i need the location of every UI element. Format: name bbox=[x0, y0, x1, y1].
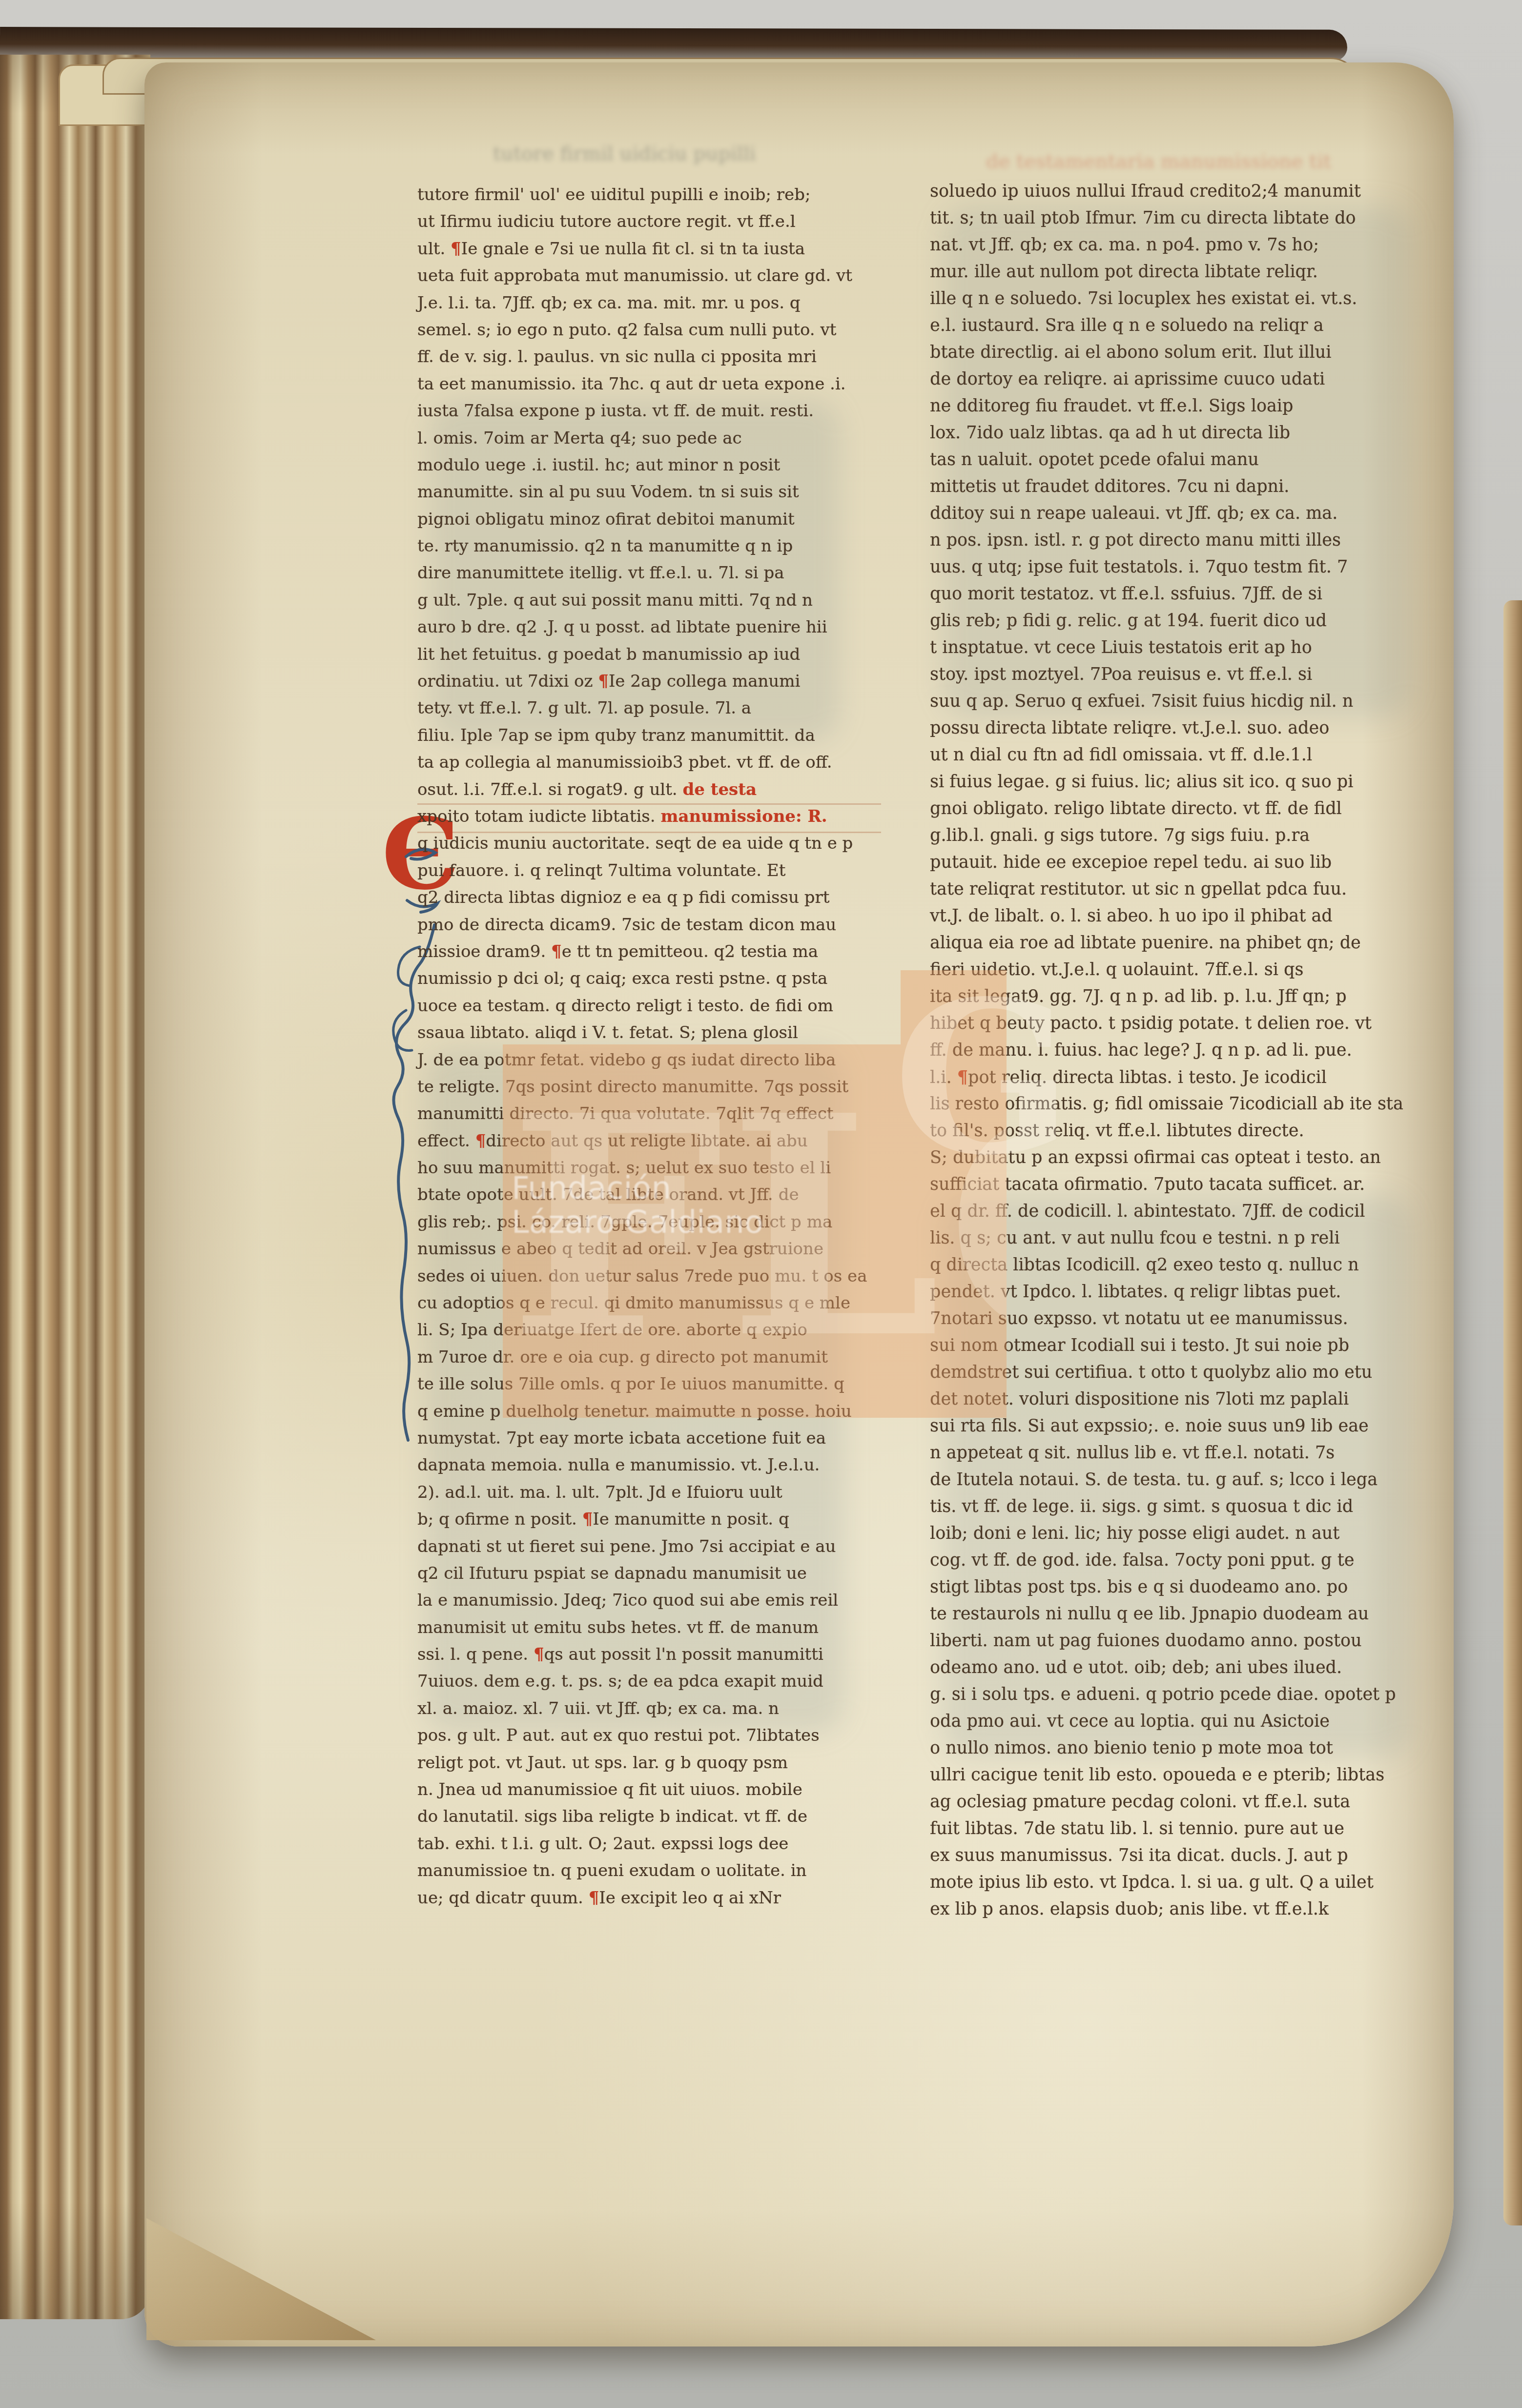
manuscript-line: tab. exhi. t l.i. g ult. O; 2aut. expssi… bbox=[417, 1831, 857, 1857]
rubric-text: de testa bbox=[683, 780, 757, 799]
body-text: cog. vt ff. de god. ide. falsa. 7octy po… bbox=[930, 1551, 1354, 1570]
manuscript-line: l.i. ¶pot reliq. directa libtas. i testo… bbox=[930, 1064, 1423, 1091]
body-text: tate reliqrat restitutor. ut sic n gpell… bbox=[930, 879, 1347, 899]
body-text: uoce ea testam. q directo religt i testo… bbox=[417, 996, 833, 1016]
manuscript-line: do lanutatil. sigs liba religte b indica… bbox=[417, 1803, 857, 1830]
body-text: ssi. l. q pene. bbox=[417, 1645, 534, 1664]
manuscript-line: g. si i solu tps. e adueni. q potrio pce… bbox=[930, 1681, 1423, 1708]
manuscript-line: loib; doni e leni. lic; hiy posse eligi … bbox=[930, 1520, 1423, 1547]
body-text: S; dubitatu p an expssi ofirmai cas opte… bbox=[930, 1148, 1381, 1167]
text-column-left: tutore firmil' uol' ee uiditul pupilli e… bbox=[417, 182, 857, 1912]
manuscript-line: det notet. voluri dispositione nis 7loti… bbox=[930, 1386, 1423, 1413]
body-text: dire manumittete itellig. vt ff.e.l. u. … bbox=[417, 563, 784, 583]
manuscript-line: ita sit legat9. gg. 7J. q n p. ad lib. p… bbox=[930, 983, 1423, 1010]
body-text: b; q ofirme n posit. bbox=[417, 1510, 582, 1529]
rubric-text: ¶ bbox=[582, 1510, 593, 1529]
manuscript-line: pui fauore. i. q relinqt 7ultima volunta… bbox=[417, 857, 857, 884]
body-text: manumitte. sin al pu suu Vodem. tn si su… bbox=[417, 482, 799, 502]
book-cover-edge bbox=[0, 27, 1347, 61]
manuscript-line: ff. de v. sig. l. paulus. vn sic nulla c… bbox=[417, 344, 857, 370]
manuscript-line: S; dubitatu p an expssi ofirmai cas opte… bbox=[930, 1144, 1423, 1171]
body-text: lis. q s; cu ant. v aut nullu fcou e tes… bbox=[930, 1228, 1340, 1248]
body-text: osut. l.i. 7ff.e.l. si rogat9. g ult. bbox=[417, 780, 683, 799]
body-text: sui rta fils. Si aut expssio;. e. noie s… bbox=[930, 1416, 1369, 1436]
manuscript-line: 7uiuos. dem e.g. t. ps. s; de ea pdca ex… bbox=[417, 1668, 857, 1695]
manuscript-line: n appeteat q sit. nullus lib e. vt ff.e.… bbox=[930, 1440, 1423, 1467]
manuscript-line: hibet q beuty pacto. t psidig potate. t … bbox=[930, 1010, 1423, 1037]
body-text: ta ap collegia al manumissioib3 pbet. vt… bbox=[417, 753, 832, 772]
body-text: 7uiuos. dem e.g. t. ps. s; de ea pdca ex… bbox=[417, 1672, 823, 1691]
body-text: ut Ifirmu iudiciu tutore auctore regit. … bbox=[417, 212, 796, 231]
body-text: Ie gnale e 7si ue nulla fit cl. si tn ta… bbox=[461, 239, 805, 259]
body-text: ta eet manumissio. ita 7hc. q aut dr uet… bbox=[417, 374, 846, 394]
manuscript-line: tit. s; tn uail ptob Ifmur. 7im cu direc… bbox=[930, 205, 1423, 232]
manuscript-line: ssaua libtato. aliqd i V. t. fetat. S; p… bbox=[417, 1020, 857, 1046]
manuscript-line: pendet. vt Ipdco. l. libtates. q religr … bbox=[930, 1279, 1423, 1306]
manuscript-line: b; q ofirme n posit. ¶Ie manumitte n pos… bbox=[417, 1506, 857, 1533]
manuscript-line: cu adoptios q e recul. qi dmito manumiss… bbox=[417, 1290, 857, 1317]
body-text: ff. de manu. l. fuius. hac lege? J. q n … bbox=[930, 1041, 1352, 1060]
foredge-strip bbox=[1503, 600, 1522, 2225]
body-text: hibet q beuty pacto. t psidig potate. t … bbox=[930, 1014, 1372, 1033]
rubric-text: ¶ bbox=[475, 1131, 486, 1151]
manuscript-line: pos. g ult. P aut. aut ex quo restui pot… bbox=[417, 1722, 857, 1749]
body-text: q2 cil Ifuturu pspiat se dapnadu manumis… bbox=[417, 1564, 807, 1583]
body-text: pui fauore. i. q relinqt 7ultima volunta… bbox=[417, 861, 785, 880]
body-text: dditoy sui n reape ualeaui. vt Jff. qb; … bbox=[930, 504, 1337, 523]
body-text: loib; doni e leni. lic; hiy posse eligi … bbox=[930, 1524, 1339, 1543]
body-text: gnoi obligato. religo libtate directo. v… bbox=[930, 799, 1342, 818]
manuscript-line: mittetis ut fraudet dditores. 7cu ni dap… bbox=[930, 473, 1423, 500]
manuscript-line: tas n ualuit. opotet pcede ofalui manu bbox=[930, 447, 1423, 473]
manuscript-line: n. Jnea ud manumissioe q fit uit uiuos. … bbox=[417, 1776, 857, 1803]
rubric-text: ¶ bbox=[534, 1645, 544, 1664]
manuscript-line: dire manumittete itellig. vt ff.e.l. u. … bbox=[417, 560, 857, 587]
body-text: ag oclesiag pmature pecdag coloni. vt ff… bbox=[930, 1792, 1350, 1812]
manuscript-line: fuit libtas. 7de statu lib. l. si tennio… bbox=[930, 1816, 1423, 1842]
manuscript-photo: tutore firmil uidiciu pupilli de testame… bbox=[0, 0, 1522, 2408]
body-text: suu q ap. Seruo q exfuei. 7sisit fuius h… bbox=[930, 692, 1353, 711]
manuscript-line: quo morit testatoz. vt ff.e.l. ssfuius. … bbox=[930, 581, 1423, 608]
manuscript-line: putauit. hide ee excepioe repel tedu. ai… bbox=[930, 849, 1423, 876]
manuscript-line: tutore firmil' uol' ee uiditul pupilli e… bbox=[417, 182, 857, 208]
manuscript-line: numissus e abeo q tedit ad oreil. v Jea … bbox=[417, 1236, 857, 1263]
manuscript-line: ille q n e soluedo. 7si locuplex hes exi… bbox=[930, 286, 1423, 312]
body-text: Ie 2ap collega manumi bbox=[609, 672, 800, 691]
manuscript-line: m 7uroe dr. ore e oia cup. g directo pot… bbox=[417, 1344, 857, 1371]
body-text: auro b dre. q2 .J. q u posst. ad libtate… bbox=[417, 617, 827, 637]
body-text: J.e. l.i. ta. 7Jff. qb; ex ca. ma. mit. … bbox=[417, 293, 801, 313]
body-text: odeamo ano. ud e utot. oib; deb; ani ube… bbox=[930, 1658, 1342, 1677]
body-text: tas n ualuit. opotet pcede ofalui manu bbox=[930, 450, 1259, 469]
body-text: lit het fetuitus. g poedat b manumissio … bbox=[417, 645, 800, 664]
body-text: semel. s; io ego n puto. q2 falsa cum nu… bbox=[417, 320, 836, 340]
body-text: oda pmo aui. vt cece au loptia. qui nu A… bbox=[930, 1712, 1330, 1731]
body-text: tutore firmil' uol' ee uiditul pupilli e… bbox=[417, 185, 810, 204]
manuscript-line: li. S; Ipa deriuatge Ifert de ore. abort… bbox=[417, 1317, 857, 1344]
body-text: sedes oi uiuen. don uetur salus 7rede pu… bbox=[417, 1266, 867, 1286]
manuscript-line: stigt libtas post tps. bis e q si duodea… bbox=[930, 1574, 1423, 1601]
manuscript-line: btate opote uult. 7de tal libte orand. v… bbox=[417, 1182, 857, 1208]
body-text: liberti. nam ut pag fuiones duodamo anno… bbox=[930, 1631, 1362, 1651]
manuscript-line: mur. ille aut nullom pot directa libtate… bbox=[930, 259, 1423, 286]
manuscript-line: ho suu manumitti rogat. s; uelut ex suo … bbox=[417, 1155, 857, 1182]
body-text: ex lib p anos. elapsis duob; anis libe. … bbox=[930, 1899, 1329, 1919]
body-text: fuit libtas. 7de statu lib. l. si tennio… bbox=[930, 1819, 1344, 1838]
body-text: J. de ea potmr fetat. videbo g qs iudat … bbox=[417, 1050, 836, 1070]
manuscript-line: lis resto ofirmatis. g; fidl omissaie 7i… bbox=[930, 1091, 1423, 1118]
manuscript-line: q2 cil Ifuturu pspiat se dapnadu manumis… bbox=[417, 1560, 857, 1587]
manuscript-line: 2). ad.l. uit. ma. l. ult. 7plt. Jd e If… bbox=[417, 1479, 857, 1506]
ghost-header-right: de testamentaria manumissione tit bbox=[986, 150, 1331, 173]
body-text: manumisit ut emitu subs hetes. vt ff. de… bbox=[417, 1618, 819, 1637]
manuscript-line: 7notari suo expsso. vt notatu ut ee manu… bbox=[930, 1306, 1423, 1332]
body-text: ex suus manumissus. 7si ita dicat. ducls… bbox=[930, 1846, 1348, 1865]
manuscript-line: religt pot. vt Jaut. ut sps. lar. g b qu… bbox=[417, 1750, 857, 1776]
manuscript-line: possu directa libtate reliqre. vt.J.e.l.… bbox=[930, 715, 1423, 742]
body-text: g. si i solu tps. e adueni. q potrio pce… bbox=[930, 1685, 1396, 1704]
body-text: xpoito totam iudicte libtatis. bbox=[417, 807, 660, 826]
manuscript-line: ta ap collegia al manumissioib3 pbet. vt… bbox=[417, 749, 857, 776]
manuscript-line: manumisit ut emitu subs hetes. vt ff. de… bbox=[417, 1614, 857, 1641]
manuscript-line: la e manumissio. Jdeq; 7ico quod sui abe… bbox=[417, 1587, 857, 1614]
manuscript-line: J.e. l.i. ta. 7Jff. qb; ex ca. ma. mit. … bbox=[417, 290, 857, 317]
body-text: l. omis. 7oim ar Merta q4; suo pede ac bbox=[417, 429, 742, 448]
body-text: ne dditoreg fiu fraudet. vt ff.e.l. Sigs… bbox=[930, 396, 1293, 416]
body-text: to fil's. posst reliq. vt ff.e.l. libtut… bbox=[930, 1121, 1304, 1141]
body-text: ff. de v. sig. l. paulus. vn sic nulla c… bbox=[417, 347, 817, 367]
manuscript-line: dapnata memoia. nulla e manumissio. vt. … bbox=[417, 1452, 857, 1479]
manuscript-line: effect. ¶directo aut qs ut religte libta… bbox=[417, 1128, 857, 1155]
body-text: tit. s; tn uail ptob Ifmur. 7im cu direc… bbox=[930, 208, 1356, 228]
body-text: 7notari suo expsso. vt notatu ut ee manu… bbox=[930, 1309, 1348, 1328]
body-text: sufficiat tacata ofirmatio. 7puto tacata… bbox=[930, 1175, 1365, 1194]
ghost-header-left: tutore firmil uidiciu pupilli bbox=[493, 143, 756, 165]
body-text: aliqua eia roe ad libtate puenire. na ph… bbox=[930, 933, 1361, 953]
body-text: mote ipius lib esto. vt Ipdca. l. si ua.… bbox=[930, 1873, 1374, 1892]
body-text: qs aut possit l'n possit manumitti bbox=[544, 1645, 823, 1664]
manuscript-line: o nullo nimos. ano bienio tenio p mote m… bbox=[930, 1735, 1423, 1762]
manuscript-line: nat. vt Jff. qb; ex ca. ma. n po4. pmo v… bbox=[930, 232, 1423, 259]
manuscript-line: demdstret sui certifiua. t otto t quolyb… bbox=[930, 1359, 1423, 1386]
body-text: quo morit testatoz. vt ff.e.l. ssfuius. … bbox=[930, 584, 1322, 604]
body-text: fieri uidetio. vt.J.e.l. q uolauint. 7ff… bbox=[930, 960, 1303, 980]
body-text: effect. bbox=[417, 1131, 475, 1151]
manuscript-line: glis reb;. psi. co. reli. 7gple. 7euple.… bbox=[417, 1209, 857, 1236]
body-text: pendet. vt Ipdco. l. libtates. q religr … bbox=[930, 1282, 1341, 1302]
manuscript-line: to fil's. posst reliq. vt ff.e.l. libtut… bbox=[930, 1118, 1423, 1144]
body-text: n pos. ipsn. istl. r. g pot directo manu… bbox=[930, 531, 1341, 550]
body-text: iusta 7falsa expone p iusta. vt ff. de m… bbox=[417, 401, 814, 421]
body-text: m 7uroe dr. ore e oia cup. g directo pot… bbox=[417, 1347, 828, 1367]
manuscript-line: lit het fetuitus. g poedat b manumissio … bbox=[417, 641, 857, 668]
manuscript-line: numystat. 7pt eay morte icbata accetione… bbox=[417, 1425, 857, 1452]
body-text: pos. g ult. P aut. aut ex quo restui pot… bbox=[417, 1726, 820, 1745]
manuscript-line: te ille solus 7ille omls. q por Ie uiuos… bbox=[417, 1371, 857, 1398]
rubric-text: ¶ bbox=[589, 1888, 599, 1908]
body-text: dapnati st ut fieret sui pene. Jmo 7si a… bbox=[417, 1537, 836, 1556]
manuscript-line: modulo uege .i. iustil. hc; aut minor n … bbox=[417, 452, 857, 479]
manuscript-line: ullri cacigue tenit lib esto. opoueda e … bbox=[930, 1762, 1423, 1789]
manuscript-line: uus. q utq; ipse fuit testatols. i. 7quo… bbox=[930, 554, 1423, 581]
body-text: tety. vt ff.e.l. 7. g ult. 7l. ap posule… bbox=[417, 698, 751, 718]
body-text: btate opote uult. 7de tal libte orand. v… bbox=[417, 1185, 799, 1204]
rubric-text: ¶ bbox=[451, 239, 461, 259]
body-text: ssaua libtato. aliqd i V. t. fetat. S; p… bbox=[417, 1023, 798, 1042]
manuscript-line: suu q ap. Seruo q exfuei. 7sisit fuius h… bbox=[930, 688, 1423, 715]
body-text: soluedo ip uiuos nullui Ifraud credito2;… bbox=[930, 182, 1361, 201]
body-text: q directa libtas Icodicill. q2 exeo test… bbox=[930, 1255, 1359, 1275]
body-text: directo aut qs ut religte libtate. ai ab… bbox=[486, 1131, 807, 1151]
body-text: g.lib.l. gnali. g sigs tutore. 7g sigs f… bbox=[930, 826, 1310, 845]
manuscript-line: q iudicis muniu auctoritate. seqt de ea … bbox=[417, 830, 857, 857]
body-text: numissio p dci ol; q caiq; exca resti ps… bbox=[417, 969, 827, 988]
manuscript-line: g ult. 7ple. q aut sui possit manu mitti… bbox=[417, 587, 857, 614]
manuscript-line: ue; qd dicatr quum. ¶Ie excipit leo q ai… bbox=[417, 1885, 857, 1912]
body-text: det notet. voluri dispositione nis 7loti… bbox=[930, 1389, 1349, 1409]
gutter-leaf-stack bbox=[0, 55, 150, 2319]
body-text: t insptatue. vt cece Liuis testatois eri… bbox=[930, 638, 1312, 657]
manuscript-line: gnoi obligato. religo libtate directo. v… bbox=[930, 796, 1423, 822]
manuscript-line: ag oclesiag pmature pecdag coloni. vt ff… bbox=[930, 1789, 1423, 1816]
manuscript-line: si fuius legae. g si fuius. lic; alius s… bbox=[930, 769, 1423, 796]
body-text: de Itutela notaui. S. de testa. tu. g au… bbox=[930, 1470, 1378, 1490]
body-text: te. rty manumissio. q2 n ta manumitte q … bbox=[417, 536, 793, 556]
manuscript-line: iusta 7falsa expone p iusta. vt ff. de m… bbox=[417, 398, 857, 425]
manuscript-line: sedes oi uiuen. don uetur salus 7rede pu… bbox=[417, 1263, 857, 1290]
manuscript-line: tis. vt ff. de lege. ii. sigs. g simt. s… bbox=[930, 1493, 1423, 1520]
manuscript-line: manumissioe tn. q pueni exudam o uolitat… bbox=[417, 1857, 857, 1884]
body-text: ult. bbox=[417, 239, 451, 259]
manuscript-line: tety. vt ff.e.l. 7. g ult. 7l. ap posule… bbox=[417, 695, 857, 722]
body-text: pot reliq. directa libtas. i testo. Je i… bbox=[968, 1068, 1327, 1087]
body-text: btate directlig. ai el abono solum erit.… bbox=[930, 343, 1331, 362]
manuscript-line: n pos. ipsn. istl. r. g pot directo manu… bbox=[930, 527, 1423, 554]
manuscript-line: filiu. Iple 7ap se ipm quby tranz manumi… bbox=[417, 722, 857, 749]
manuscript-line: auro b dre. q2 .J. q u posst. ad libtate… bbox=[417, 614, 857, 641]
body-text: religt pot. vt Jaut. ut sps. lar. g b qu… bbox=[417, 1753, 788, 1773]
body-text: q emine p duelholg tenetur. maimutte n p… bbox=[417, 1402, 852, 1421]
rubric-text: ¶ bbox=[957, 1067, 968, 1087]
body-text: te restaurols ni nullu q ee lib. Jpnapio… bbox=[930, 1604, 1369, 1624]
body-text: manumitti directo. 7i qua volutate. 7qli… bbox=[417, 1104, 833, 1123]
body-text: glis reb; p fidi g. relic. g at 194. fue… bbox=[930, 611, 1327, 631]
manuscript-line: lis. q s; cu ant. v aut nullu fcou e tes… bbox=[930, 1225, 1423, 1252]
manuscript-line: missioe dram9. ¶e tt tn pemitteou. q2 te… bbox=[417, 939, 857, 965]
manuscript-line: ssi. l. q pene. ¶qs aut possit l'n possi… bbox=[417, 1641, 857, 1668]
body-text: ho suu manumitti rogat. s; uelut ex suo … bbox=[417, 1158, 831, 1178]
body-text: possu directa libtate reliqre. vt.J.e.l.… bbox=[930, 718, 1329, 738]
manuscript-line: pmo de directa dicam9. 7sic de testam di… bbox=[417, 912, 857, 939]
manuscript-line: ut n dial cu ftn ad fidl omissaia. vt ff… bbox=[930, 742, 1423, 769]
body-text: putauit. hide ee excepioe repel tedu. ai… bbox=[930, 853, 1332, 872]
body-text: q iudicis muniu auctoritate. seqt de ea … bbox=[417, 834, 853, 853]
body-text: manumissioe tn. q pueni exudam o uolitat… bbox=[417, 1861, 806, 1880]
manuscript-line: liberti. nam ut pag fuiones duodamo anno… bbox=[930, 1628, 1423, 1654]
body-text: glis reb;. psi. co. reli. 7gple. 7euple.… bbox=[417, 1212, 832, 1232]
body-text: uus. q utq; ipse fuit testatols. i. 7quo… bbox=[930, 557, 1348, 577]
manuscript-line: de Itutela notaui. S. de testa. tu. g au… bbox=[930, 1467, 1423, 1493]
body-text: numissus e abeo q tedit ad oreil. v Jea … bbox=[417, 1239, 823, 1259]
manuscript-line: dditoy sui n reape ualeaui. vt Jff. qb; … bbox=[930, 500, 1423, 527]
body-text: lis resto ofirmatis. g; fidl omissaie 7i… bbox=[930, 1094, 1403, 1114]
manuscript-line: numissio p dci ol; q caiq; exca resti ps… bbox=[417, 965, 857, 992]
manuscript-line: ordinatiu. ut 7dixi oz ¶Ie 2ap collega m… bbox=[417, 668, 857, 695]
manuscript-line: de dortoy ea reliqre. ai aprissime cuuco… bbox=[930, 366, 1423, 393]
body-text: lox. 7ido ualz libtas. qa ad h ut direct… bbox=[930, 423, 1290, 443]
manuscript-line: J. de ea potmr fetat. videbo g qs iudat … bbox=[417, 1047, 857, 1074]
manuscript-line: sui nom otmear Icodiall sui i testo. Jt … bbox=[930, 1332, 1423, 1359]
body-text: ita sit legat9. gg. 7J. q n p. ad lib. p… bbox=[930, 987, 1347, 1006]
body-text: filiu. Iple 7ap se ipm quby tranz manumi… bbox=[417, 726, 815, 745]
manuscript-line: soluedo ip uiuos nullui Ifraud credito2;… bbox=[930, 178, 1423, 205]
body-text: de dortoy ea reliqre. ai aprissime cuuco… bbox=[930, 369, 1325, 389]
manuscript-line: ut Ifirmu iudiciu tutore auctore regit. … bbox=[417, 208, 857, 235]
manuscript-line: q directa libtas Icodicill. q2 exeo test… bbox=[930, 1252, 1423, 1279]
manuscript-line: lox. 7ido ualz libtas. qa ad h ut direct… bbox=[930, 420, 1423, 447]
body-text: do lanutatil. sigs liba religte b indica… bbox=[417, 1807, 807, 1826]
manuscript-line: q2 directa libtas dignioz e ea q p fidi … bbox=[417, 884, 857, 911]
body-text: stigt libtas post tps. bis e q si duodea… bbox=[930, 1577, 1348, 1597]
body-text: Ie manumitte n posit. q bbox=[593, 1510, 789, 1529]
body-text: cu adoptios q e recul. qi dmito manumiss… bbox=[417, 1293, 850, 1313]
manuscript-line: sui rta fils. Si aut expssio;. e. noie s… bbox=[930, 1413, 1423, 1440]
manuscript-line: oda pmo aui. vt cece au loptia. qui nu A… bbox=[930, 1708, 1423, 1735]
manuscript-line: ex suus manumissus. 7si ita dicat. ducls… bbox=[930, 1842, 1423, 1869]
body-text: pignoi obligatu minoz ofirat debitoi man… bbox=[417, 510, 795, 529]
manuscript-line: odeamo ano. ud e utot. oib; deb; ani ube… bbox=[930, 1654, 1423, 1681]
rubric-text: ¶ bbox=[551, 942, 562, 961]
body-text: mittetis ut fraudet dditores. 7cu ni dap… bbox=[930, 477, 1289, 496]
manuscript-line: sufficiat tacata ofirmatio. 7puto tacata… bbox=[930, 1171, 1423, 1198]
manuscript-line: el q dr. ff. de codicill. l. abintestato… bbox=[930, 1198, 1423, 1225]
body-text: la e manumissio. Jdeq; 7ico quod sui abe… bbox=[417, 1591, 838, 1610]
body-text: sui nom otmear Icodiall sui i testo. Jt … bbox=[930, 1336, 1349, 1355]
manuscript-line: vt.J. de libalt. o. l. si abeo. h uo ipo… bbox=[930, 903, 1423, 930]
manuscript-line: xpoito totam iudicte libtatis. manumissi… bbox=[417, 803, 857, 830]
manuscript-line: ne dditoreg fiu fraudet. vt ff.e.l. Sigs… bbox=[930, 393, 1423, 420]
body-text: ullri cacigue tenit lib esto. opoueda e … bbox=[930, 1765, 1384, 1785]
body-text: modulo uege .i. iustil. hc; aut minor n … bbox=[417, 455, 780, 475]
body-text: l.i. bbox=[930, 1068, 957, 1087]
manuscript-line: osut. l.i. 7ff.e.l. si rogat9. g ult. de… bbox=[417, 776, 857, 803]
manuscript-line: cog. vt ff. de god. ide. falsa. 7octy po… bbox=[930, 1547, 1423, 1574]
manuscript-line: ult. ¶Ie gnale e 7si ue nulla fit cl. si… bbox=[417, 236, 857, 263]
manuscript-line: tate reliqrat restitutor. ut sic n gpell… bbox=[930, 876, 1423, 903]
manuscript-line: g.lib.l. gnali. g sigs tutore. 7g sigs f… bbox=[930, 822, 1423, 849]
manuscript-line: dapnati st ut fieret sui pene. Jmo 7si a… bbox=[417, 1533, 857, 1560]
body-text: tis. vt ff. de lege. ii. sigs. g simt. s… bbox=[930, 1497, 1353, 1516]
manuscript-line: glis reb; p fidi g. relic. g at 194. fue… bbox=[930, 608, 1423, 634]
manuscript-line: manumitte. sin al pu suu Vodem. tn si su… bbox=[417, 479, 857, 506]
body-text: 2). ad.l. uit. ma. l. ult. 7plt. Jd e If… bbox=[417, 1483, 782, 1502]
rubric-text: ¶ bbox=[598, 672, 609, 691]
body-text: missioe dram9. bbox=[417, 942, 551, 961]
body-text: n. Jnea ud manumissioe q fit uit uiuos. … bbox=[417, 1780, 802, 1799]
body-text: pmo de directa dicam9. 7sic de testam di… bbox=[417, 915, 836, 935]
manuscript-line: te. rty manumissio. q2 n ta manumitte q … bbox=[417, 533, 857, 560]
body-text: demdstret sui certifiua. t otto t quolyb… bbox=[930, 1363, 1372, 1382]
manuscript-line: te restaurols ni nullu q ee lib. Jpnapio… bbox=[930, 1601, 1423, 1628]
body-text: ueta fuit approbata mut manumissio. ut c… bbox=[417, 266, 852, 286]
manuscript-line: mote ipius lib esto. vt Ipdca. l. si ua.… bbox=[930, 1869, 1423, 1896]
body-text: e.l. iustaurd. Sra ille q n e soluedo na… bbox=[930, 316, 1324, 335]
body-text: nat. vt Jff. qb; ex ca. ma. n po4. pmo v… bbox=[930, 235, 1319, 255]
body-text: si fuius legae. g si fuius. lic; alius s… bbox=[930, 772, 1353, 792]
manuscript-line: l. omis. 7oim ar Merta q4; suo pede ac bbox=[417, 425, 857, 452]
body-text: tab. exhi. t l.i. g ult. O; 2aut. expssi… bbox=[417, 1834, 788, 1854]
manuscript-line: pignoi obligatu minoz ofirat debitoi man… bbox=[417, 506, 857, 533]
body-text: xl. a. maioz. xl. 7 uii. vt Jff. qb; ex … bbox=[417, 1699, 779, 1718]
body-text: te ille solus 7ille omls. q por Ie uiuos… bbox=[417, 1374, 844, 1394]
body-text: Ie excipit leo q ai xNr bbox=[599, 1888, 781, 1908]
manuscript-line: aliqua eia roe ad libtate puenire. na ph… bbox=[930, 930, 1423, 957]
manuscript-line: t insptatue. vt cece Liuis testatois eri… bbox=[930, 634, 1423, 661]
body-text: e tt tn pemitteou. q2 testia ma bbox=[562, 942, 818, 961]
manuscript-line: q emine p duelholg tenetur. maimutte n p… bbox=[417, 1398, 857, 1425]
manuscript-line: btate directlig. ai el abono solum erit.… bbox=[930, 339, 1423, 366]
body-text: n appeteat q sit. nullus lib e. vt ff.e.… bbox=[930, 1443, 1335, 1463]
body-text: dapnata memoia. nulla e manumissio. vt. … bbox=[417, 1455, 820, 1475]
manuscript-line: ex lib p anos. elapsis duob; anis libe. … bbox=[930, 1896, 1423, 1923]
manuscript-line: manumitti directo. 7i qua volutate. 7qli… bbox=[417, 1101, 857, 1127]
manuscript-line: e.l. iustaurd. Sra ille q n e soluedo na… bbox=[930, 312, 1423, 339]
manuscript-line: uoce ea testam. q directo religt i testo… bbox=[417, 993, 857, 1020]
manuscript-line: fieri uidetio. vt.J.e.l. q uolauint. 7ff… bbox=[930, 957, 1423, 983]
body-text: stoy. ipst moztyel. 7Poa reuisus e. vt f… bbox=[930, 665, 1312, 684]
body-text: ue; qd dicatr quum. bbox=[417, 1888, 589, 1908]
rubric-text: manumissione: R. bbox=[660, 807, 827, 826]
body-text: li. S; Ipa deriuatge Ifert de ore. abort… bbox=[417, 1320, 807, 1340]
body-text: ille q n e soluedo. 7si locuplex hes exi… bbox=[930, 289, 1357, 308]
body-text: o nullo nimos. ano bienio tenio p mote m… bbox=[930, 1738, 1333, 1758]
body-text: mur. ille aut nullom pot directa libtate… bbox=[930, 262, 1318, 282]
body-text: te religte. 7qs posint directo manumitte… bbox=[417, 1077, 848, 1097]
body-text: el q dr. ff. de codicill. l. abintestato… bbox=[930, 1202, 1365, 1221]
text-column-right: soluedo ip uiuos nullui Ifraud credito2;… bbox=[930, 178, 1423, 1923]
body-text: q2 directa libtas dignioz e ea q p fidi … bbox=[417, 888, 829, 907]
manuscript-line: stoy. ipst moztyel. 7Poa reuisus e. vt f… bbox=[930, 661, 1423, 688]
body-text: ordinatiu. ut 7dixi oz bbox=[417, 672, 598, 691]
body-text: vt.J. de libalt. o. l. si abeo. h uo ipo… bbox=[930, 906, 1333, 926]
manuscript-line: ff. de manu. l. fuius. hac lege? J. q n … bbox=[930, 1037, 1423, 1064]
manuscript-line: ta eet manumissio. ita 7hc. q aut dr uet… bbox=[417, 371, 857, 398]
body-text: numystat. 7pt eay morte icbata accetione… bbox=[417, 1428, 826, 1448]
manuscript-line: xl. a. maioz. xl. 7 uii. vt Jff. qb; ex … bbox=[417, 1695, 857, 1722]
body-text: ut n dial cu ftn ad fidl omissaia. vt ff… bbox=[930, 745, 1312, 765]
manuscript-line: semel. s; io ego n puto. q2 falsa cum nu… bbox=[417, 317, 857, 344]
manuscript-line: ueta fuit approbata mut manumissio. ut c… bbox=[417, 263, 857, 289]
manuscript-line: te religte. 7qs posint directo manumitte… bbox=[417, 1074, 857, 1101]
body-text: g ult. 7ple. q aut sui possit manu mitti… bbox=[417, 591, 813, 610]
